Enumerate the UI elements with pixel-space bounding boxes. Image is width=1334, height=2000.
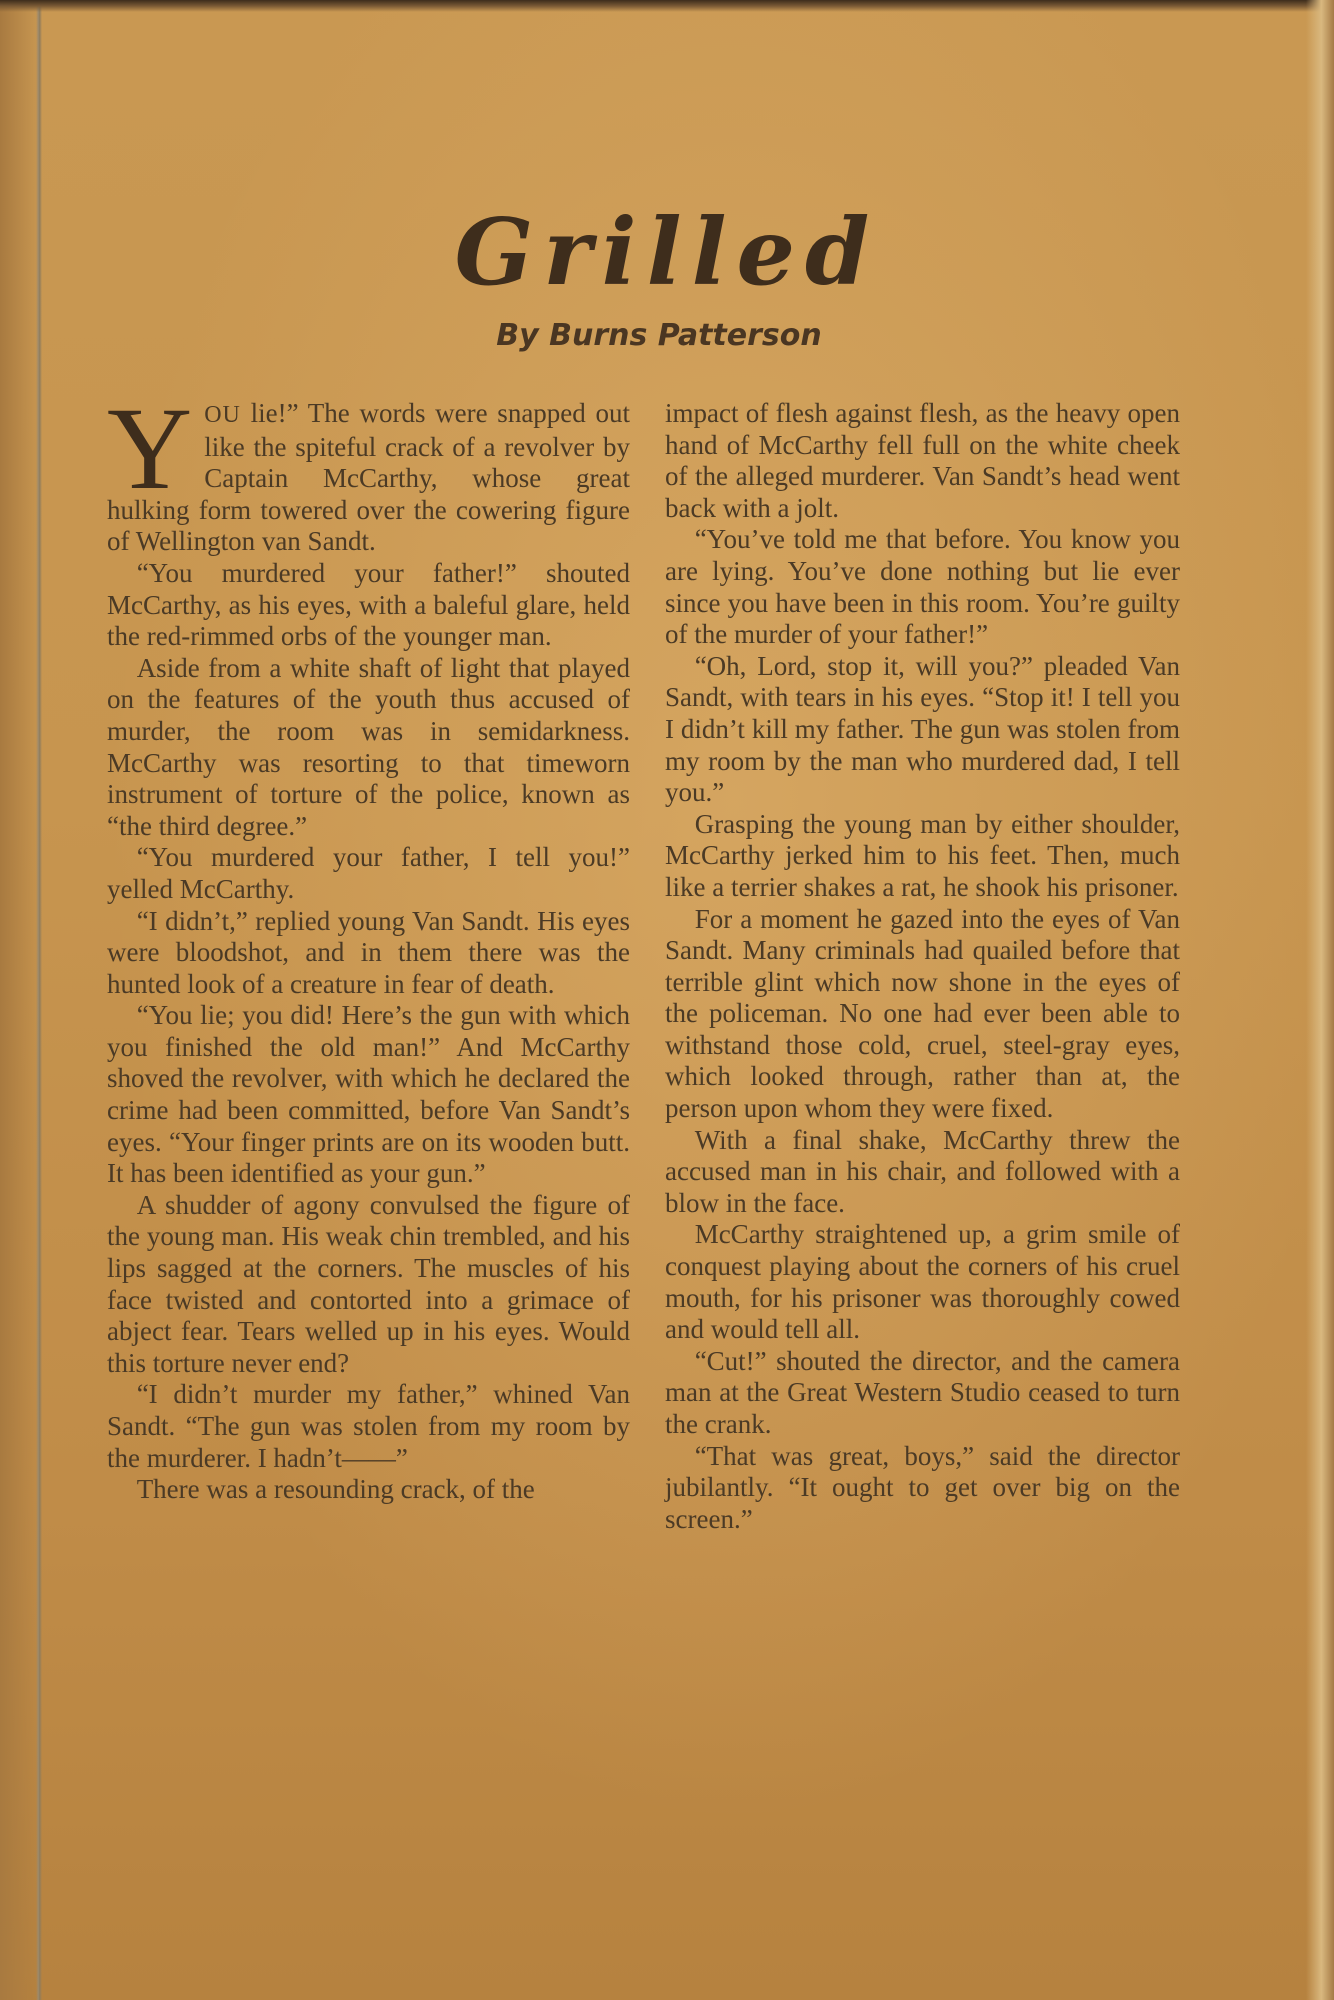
paragraph: Grasping the young man by either shoulde… [665, 809, 1180, 904]
drop-cap: Y [107, 404, 192, 494]
magazine-page: Grilled By Burns Patterson YOU lie!” The… [0, 0, 1334, 2000]
paragraph: “You lie; you did! Here’s the gun with w… [107, 1000, 630, 1190]
paragraph: “Oh, Lord, stop it, will you?” pleaded V… [665, 651, 1180, 809]
paragraph: “I didn’t,” replied young Van Sandt. His… [107, 906, 630, 1001]
opening-paragraph: YOU lie!” The words were snapped out lik… [107, 398, 630, 558]
paragraph: With a final shake, McCarthy threw the a… [665, 1125, 1180, 1220]
text-column-1: YOU lie!” The words were snapped out lik… [107, 398, 630, 1506]
paragraph: “That was great, boys,” said the directo… [665, 1441, 1180, 1536]
paragraph: “I didn’t murder my father,” whined Van … [107, 1379, 630, 1474]
paragraph: McCarthy straightened up, a grim smile o… [665, 1219, 1180, 1345]
paragraph: “Cut!” shouted the director, and the cam… [665, 1346, 1180, 1441]
paragraph: There was a resounding crack, of the [107, 1474, 630, 1506]
text-column-2: impact of flesh against flesh, as the he… [665, 398, 1180, 1535]
paragraph: “You murdered your father!” shouted McCa… [107, 558, 630, 653]
paragraph: For a moment he gazed into the eyes of V… [665, 904, 1180, 1125]
paragraph: “You murdered your father, I tell you!” … [107, 842, 630, 905]
story-byline: By Burns Patterson [0, 318, 1326, 353]
paragraph: Aside from a white shaft of light that p… [107, 653, 630, 843]
page-top-edge [0, 0, 1334, 12]
opening-smallcaps: OU [204, 402, 241, 428]
paragraph: A shudder of agony convulsed the figure … [107, 1190, 630, 1380]
continued-paragraph: impact of flesh against flesh, as the he… [665, 398, 1180, 524]
paragraph: “You’ve told me that before. You know yo… [665, 524, 1180, 650]
story-title: Grilled [0, 198, 1334, 306]
